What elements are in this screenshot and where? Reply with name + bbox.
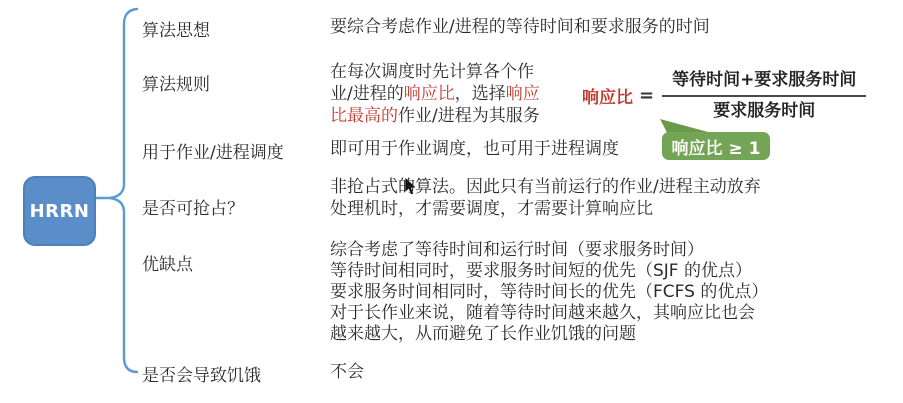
response-ratio-formula: 响应比 = 等待时间+要求服务时间 要求服务时间 <box>582 68 866 123</box>
content-starvation: 不会 <box>330 361 364 383</box>
root-label: HRRN <box>30 201 90 222</box>
content-pros-cons: 综合考虑了等待时间和运行时间（要求服务时间） 等待时间相同时，要求服务时间短的优… <box>330 240 768 345</box>
content-algorithm-rule: 在每次调度时先计算各个作 业/进程的响应比，选择响应 比最高的作业/进程为其服务 <box>330 61 540 127</box>
label-scheduling-scope: 用于作业/进程调度 <box>142 138 284 163</box>
content-preemptive: 非抢占式的算法。因此只有当前运行的作业/进程主动放弃 处理机时，才需要调度，才需… <box>330 176 761 220</box>
badge-text: 响应比 ≥ 1 <box>672 134 761 159</box>
mind-map-root: HRRN <box>23 176 96 246</box>
brace-icon <box>110 9 137 372</box>
label-starvation: 是否会导致饥饿 <box>142 361 261 386</box>
label-algorithm-idea: 算法思想 <box>142 16 210 41</box>
formula-fraction: 等待时间+要求服务时间 要求服务时间 <box>662 68 866 123</box>
idea-text: 要综合考虑作业/进程的等待时间和要求服务的时间 <box>330 17 710 37</box>
content-scheduling-scope: 即可用于作业调度，也可用于进程调度 <box>330 138 619 160</box>
highlight-response-ratio: 响应比 <box>404 84 455 104</box>
highlight-response: 响应 <box>506 84 540 104</box>
fraction-denominator: 要求服务时间 <box>662 97 866 123</box>
slide-canvas: HRRN 算法思想 算法规则 用于作业/进程调度 是否可抢占？ 优缺点 是否会导… <box>0 0 903 403</box>
label-preemptive: 是否可抢占？ <box>142 194 244 219</box>
response-ratio-badge: 响应比 ≥ 1 <box>662 132 770 160</box>
fraction-numerator: 等待时间+要求服务时间 <box>662 68 866 97</box>
label-algorithm-rule: 算法规则 <box>142 70 210 95</box>
content-algorithm-idea: 要综合考虑作业/进程的等待时间和要求服务的时间 <box>330 16 710 38</box>
label-pros-cons: 优缺点 <box>142 250 193 275</box>
highlight-highest: 比最高的 <box>330 106 398 126</box>
formula-lhs: 响应比 <box>582 83 633 108</box>
formula-equals-sign: = <box>639 85 654 106</box>
